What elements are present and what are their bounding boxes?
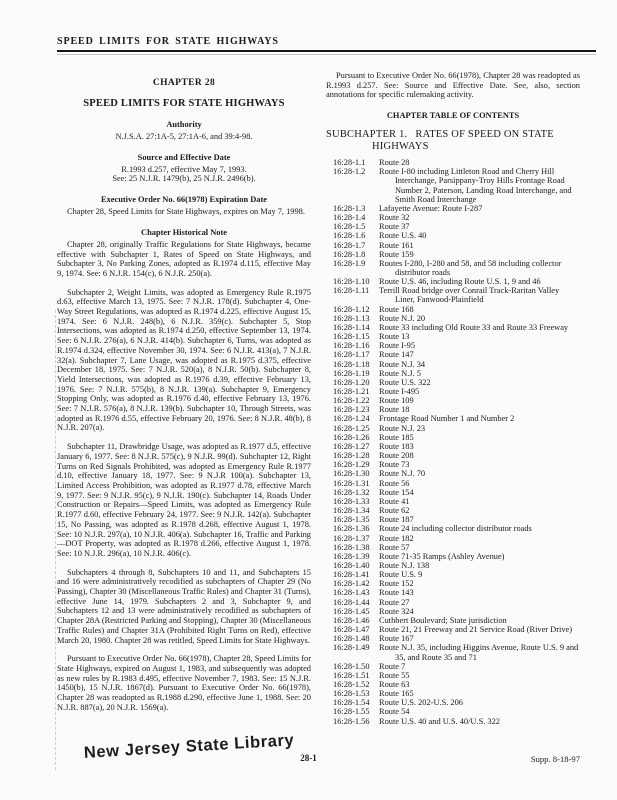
toc-entry-number: 16:28-1.39: [326, 552, 379, 561]
authority-text: N.J.S.A. 27:1A-5, 27:1A-6, and 39:4-98.: [57, 132, 311, 142]
toc-entry: 16:28-1.56 Route U.S. 40 and U.S. 40/U.S…: [326, 717, 580, 726]
toc-entry-number: 16:28-1.1: [326, 158, 379, 167]
toc-entry: 16:28-1.53 Route 165: [326, 689, 580, 698]
toc-entry-title: Route 37: [379, 222, 580, 231]
toc-entry-title: Route 152: [379, 579, 580, 588]
toc-entry-title: Route 185: [379, 433, 580, 442]
toc-entry: 16:28-1.23 Route 18: [326, 405, 580, 414]
toc-entry-title: Lafayette Avenue: Route I-287: [379, 204, 580, 213]
toc-entry-number: 16:28-1.36: [326, 524, 379, 533]
toc-entry: 16:28-1.44 Route 27: [326, 598, 580, 607]
toc-entry: 16:28-1.33 Route 41: [326, 497, 580, 506]
toc-heading: CHAPTER TABLE OF CONTENTS: [326, 111, 580, 120]
toc-entry-number: 16:28-1.19: [326, 369, 379, 378]
toc-entry-title: Route U.S. 322: [379, 378, 580, 387]
toc-entry-number: 16:28-1.10: [326, 277, 379, 286]
toc-entry: 16:28-1.1 Route 28: [326, 158, 580, 167]
toc-entry: 16:28-1.46 Cuthbert Boulevard; State jur…: [326, 616, 580, 625]
toc-entry-title: Route U.S. 46, including Route U.S. 1, 9…: [379, 277, 580, 286]
toc-entry: 16:28-1.15 Route 13: [326, 332, 580, 341]
toc-entry-number: 16:28-1.54: [326, 698, 379, 707]
toc-entry: 16:28-1.52 Route 63: [326, 680, 580, 689]
toc-entry-number: 16:28-1.51: [326, 671, 379, 680]
toc-entry: 16:28-1.42 Route 152: [326, 579, 580, 588]
toc-entry-title: Route 21, 21 Freeway and 21 Service Road…: [379, 625, 580, 634]
toc-entry: 16:28-1.4 Route 32: [326, 213, 580, 222]
toc-entry-number: 16:28-1.42: [326, 579, 379, 588]
source-line-2: See: 25 N.J.R. 1479(b), 25 N.J.R. 2496(b…: [57, 174, 311, 184]
toc-entry: 16:28-1.38 Route 57: [326, 543, 580, 552]
toc-entry-number: 16:28-1.25: [326, 424, 379, 433]
toc-entry-number: 16:28-1.49: [326, 643, 379, 661]
toc-entry-number: 16:28-1.14: [326, 323, 379, 332]
toc-entry-number: 16:28-1.30: [326, 469, 379, 478]
toc-entry-number: 16:28-1.28: [326, 451, 379, 460]
toc-entry-title: Route 18: [379, 405, 580, 414]
toc-entry-title: Route 143: [379, 588, 580, 597]
toc-entry-title: Route 159: [379, 250, 580, 259]
toc-entry: 16:28-1.21 Route I-495: [326, 387, 580, 396]
toc-entry-number: 16:28-1.2: [326, 167, 379, 204]
toc-entry-number: 16:28-1.56: [326, 717, 379, 726]
toc-entry-title: Cuthbert Boulevard; State jurisdiction: [379, 616, 580, 625]
toc-entry-title: Frontage Road Number 1 and Number 2: [379, 414, 580, 423]
toc-entry: 16:28-1.19 Route N.J. 5: [326, 369, 580, 378]
toc-entry: 16:28-1.10 Route U.S. 46, including Rout…: [326, 277, 580, 286]
toc-entry-number: 16:28-1.15: [326, 332, 379, 341]
left-column: CHAPTER 28 SPEED LIMITS FOR STATE HIGHWA…: [57, 62, 311, 726]
toc-entry-title: Route 187: [379, 515, 580, 524]
toc-entry-title: Route U.S. 9: [379, 570, 580, 579]
toc-entry-title: Route N.J. 23: [379, 424, 580, 433]
toc-entry: 16:28-1.26 Route 185: [326, 433, 580, 442]
toc-entry-title: Route U.S. 40: [379, 231, 580, 240]
chapter-title: SPEED LIMITS FOR STATE HIGHWAYS: [57, 98, 311, 109]
toc-entry-number: 16:28-1.11: [326, 286, 379, 304]
scan-artifact-line: [55, 310, 56, 770]
toc-entry-number: 16:28-1.27: [326, 442, 379, 451]
toc-entry: 16:28-1.32 Route 154: [326, 488, 580, 497]
historical-note-heading: Chapter Historical Note: [57, 228, 311, 237]
toc-entry: 16:28-1.39 Route 71-35 Ramps (Ashley Ave…: [326, 552, 580, 561]
toc-entry-number: 16:28-1.16: [326, 341, 379, 350]
toc-entry-number: 16:28-1.50: [326, 662, 379, 671]
toc-entry-title: Route I-495: [379, 387, 580, 396]
toc-entry-number: 16:28-1.12: [326, 305, 379, 314]
toc-entry-title: Route 56: [379, 479, 580, 488]
source-line-1: R.1993 d.257, effective May 7, 1993.: [57, 165, 311, 175]
page-body: CHAPTER 28 SPEED LIMITS FOR STATE HIGHWA…: [57, 62, 580, 726]
toc-entry-title: Route 109: [379, 396, 580, 405]
toc-entry-number: 16:28-1.29: [326, 460, 379, 469]
toc-entry-title: Route N.J. 5: [379, 369, 580, 378]
toc-entry-number: 16:28-1.18: [326, 360, 379, 369]
toc-entry-title: Route N.J. 35, including Higgins Avenue,…: [379, 643, 580, 661]
toc-entry-number: 16:28-1.26: [326, 433, 379, 442]
toc-entry-number: 16:28-1.31: [326, 479, 379, 488]
toc-entry: 16:28-1.35 Route 187: [326, 515, 580, 524]
toc-entry-number: 16:28-1.35: [326, 515, 379, 524]
toc-entry-number: 16:28-1.20: [326, 378, 379, 387]
toc-entry: 16:28-1.37 Route 182: [326, 534, 580, 543]
toc-entry-title: Terrill Road bridge over Conrail Track-R…: [379, 286, 580, 304]
toc-entry: 16:28-1.34 Route 62: [326, 506, 580, 515]
historical-note-paragraphs: Chapter 28, originally Traffic Regulatio…: [57, 240, 311, 713]
toc-entry-title: Route 165: [379, 689, 580, 698]
subchapter-heading: SUBCHAPTER 1.RATES OF SPEED ON STATE HIG…: [326, 129, 580, 152]
toc-entry: 16:28-1.3 Lafayette Avenue: Route I-287: [326, 204, 580, 213]
toc-entry-title: Route U.S. 40 and U.S. 40/U.S. 322: [379, 717, 580, 726]
toc-entry: 16:28-1.30 Route N.J. 70: [326, 469, 580, 478]
toc-entry: 16:28-1.49 Route N.J. 35, including Higg…: [326, 643, 580, 661]
historical-note-paragraph: Subchapter 11, Drawbridge Usage, was ado…: [57, 442, 311, 558]
toc-entry-title: Route 54: [379, 707, 580, 716]
toc-entry: 16:28-1.12 Route 168: [326, 305, 580, 314]
readoption-note: Pursuant to Executive Order No. 66(1978)…: [326, 71, 580, 100]
toc-entry-number: 16:28-1.52: [326, 680, 379, 689]
supplement-date: Supp. 8-18-97: [531, 754, 580, 764]
toc-entry-number: 16:28-1.45: [326, 607, 379, 616]
toc-entry-number: 16:28-1.43: [326, 588, 379, 597]
toc-entry-number: 16:28-1.32: [326, 488, 379, 497]
toc-entry: 16:28-1.2 Route I-80 including Littleton…: [326, 167, 580, 204]
toc-entry: 16:28-1.51 Route 55: [326, 671, 580, 680]
toc-entry-title: Routes I-280, I-280 and 58, and 58 inclu…: [379, 259, 580, 277]
toc-entry-title: Route I-80 including Littleton Road and …: [379, 167, 580, 204]
toc-entry-number: 16:28-1.55: [326, 707, 379, 716]
toc-entry-title: Route 324: [379, 607, 580, 616]
toc-list: 16:28-1.1 Route 28 16:28-1.2 Route I-80 …: [326, 158, 580, 726]
historical-note-paragraph: Subchapters 4 through 8, Subchapters 10 …: [57, 568, 311, 646]
toc-entry: 16:28-1.17 Route 147: [326, 350, 580, 359]
toc-entry-number: 16:28-1.41: [326, 570, 379, 579]
toc-entry: 16:28-1.48 Route 167: [326, 634, 580, 643]
toc-entry-title: Route 168: [379, 305, 580, 314]
toc-entry-number: 16:28-1.38: [326, 543, 379, 552]
toc-entry: 16:28-1.47 Route 21, 21 Freeway and 21 S…: [326, 625, 580, 634]
toc-entry-title: Route 41: [379, 497, 580, 506]
toc-entry-number: 16:28-1.6: [326, 231, 379, 240]
toc-entry: 16:28-1.13 Route N.J. 20: [326, 314, 580, 323]
toc-entry-title: Route 183: [379, 442, 580, 451]
subchapter-label: SUBCHAPTER 1.: [326, 129, 407, 140]
toc-entry-title: Route 32: [379, 213, 580, 222]
toc-entry-title: Route 182: [379, 534, 580, 543]
toc-entry-number: 16:28-1.8: [326, 250, 379, 259]
toc-entry: 16:28-1.43 Route 143: [326, 588, 580, 597]
toc-entry-number: 16:28-1.17: [326, 350, 379, 359]
toc-entry-number: 16:28-1.47: [326, 625, 379, 634]
toc-entry: 16:28-1.31 Route 56: [326, 479, 580, 488]
historical-note-paragraph: Subchapter 2, Weight Limits, was adopted…: [57, 288, 311, 434]
toc-entry: 16:28-1.45 Route 324: [326, 607, 580, 616]
toc-entry-title: Route N.J. 34: [379, 360, 580, 369]
toc-entry-number: 16:28-1.37: [326, 534, 379, 543]
toc-entry-title: Route N.J. 138: [379, 561, 580, 570]
toc-entry: 16:28-1.25 Route N.J. 23: [326, 424, 580, 433]
toc-entry-title: Route 24 including collector distributor…: [379, 524, 580, 533]
toc-entry-number: 16:28-1.48: [326, 634, 379, 643]
toc-entry: 16:28-1.54 Route U.S. 202-U.S. 206: [326, 698, 580, 707]
toc-entry-title: Route 167: [379, 634, 580, 643]
toc-entry-title: Route 55: [379, 671, 580, 680]
toc-entry-title: Route 208: [379, 451, 580, 460]
page-number: 28-1: [0, 753, 617, 763]
toc-entry: 16:28-1.24 Frontage Road Number 1 and Nu…: [326, 414, 580, 423]
toc-entry: 16:28-1.14 Route 33 including Old Route …: [326, 323, 580, 332]
toc-entry: 16:28-1.41 Route U.S. 9: [326, 570, 580, 579]
toc-entry: 16:28-1.5 Route 37: [326, 222, 580, 231]
toc-entry: 16:28-1.55 Route 54: [326, 707, 580, 716]
toc-entry-number: 16:28-1.21: [326, 387, 379, 396]
toc-entry-number: 16:28-1.34: [326, 506, 379, 515]
toc-entry-title: Route U.S. 202-U.S. 206: [379, 698, 580, 707]
toc-entry-number: 16:28-1.22: [326, 396, 379, 405]
toc-entry: 16:28-1.6 Route U.S. 40: [326, 231, 580, 240]
expiration-heading: Executive Order No. 66(1978) Expiration …: [57, 195, 311, 204]
toc-entry-number: 16:28-1.40: [326, 561, 379, 570]
toc-entry: 16:28-1.20 Route U.S. 322: [326, 378, 580, 387]
expiration-text: Chapter 28, Speed Limits for State Highw…: [57, 207, 311, 217]
toc-entry: 16:28-1.18 Route N.J. 34: [326, 360, 580, 369]
running-header-title: SPEED LIMITS FOR STATE HIGHWAYS: [57, 36, 279, 47]
toc-entry-title: Route 7: [379, 662, 580, 671]
historical-note-paragraph: Chapter 28, originally Traffic Regulatio…: [57, 240, 311, 279]
toc-entry-title: Route 63: [379, 680, 580, 689]
toc-entry-title: Route 33 including Old Route 33 and Rout…: [379, 323, 580, 332]
toc-entry-number: 16:28-1.23: [326, 405, 379, 414]
toc-entry-title: Route 57: [379, 543, 580, 552]
authority-heading: Authority: [57, 120, 311, 129]
toc-entry: 16:28-1.50 Route 7: [326, 662, 580, 671]
toc-entry: 16:28-1.28 Route 208: [326, 451, 580, 460]
toc-entry-title: Route 27: [379, 598, 580, 607]
toc-entry: 16:28-1.9 Routes I-280, I-280 and 58, an…: [326, 259, 580, 277]
historical-note-paragraph: Pursuant to Executive Order No. 66(1978)…: [57, 654, 311, 712]
right-column: Pursuant to Executive Order No. 66(1978)…: [326, 62, 580, 726]
toc-entry-number: 16:28-1.13: [326, 314, 379, 323]
toc-entry-number: 16:28-1.5: [326, 222, 379, 231]
toc-entry: 16:28-1.16 Route I-95: [326, 341, 580, 350]
toc-entry-title: Route 161: [379, 241, 580, 250]
toc-entry-number: 16:28-1.24: [326, 414, 379, 423]
chapter-label: CHAPTER 28: [57, 78, 311, 88]
toc-entry-title: Route 147: [379, 350, 580, 359]
toc-entry: 16:28-1.36 Route 24 including collector …: [326, 524, 580, 533]
toc-entry-number: 16:28-1.7: [326, 241, 379, 250]
toc-entry: 16:28-1.7 Route 161: [326, 241, 580, 250]
toc-entry-title: Route 71-35 Ramps (Ashley Avenue): [379, 552, 580, 561]
toc-entry-title: Route 13: [379, 332, 580, 341]
toc-entry-title: Route N.J. 20: [379, 314, 580, 323]
header-rule: [57, 50, 596, 55]
toc-entry-title: Route N.J. 70: [379, 469, 580, 478]
toc-entry-title: Route 154: [379, 488, 580, 497]
toc-entry: 16:28-1.11 Terrill Road bridge over Conr…: [326, 286, 580, 304]
toc-entry-title: Route 73: [379, 460, 580, 469]
toc-entry-title: Route 28: [379, 158, 580, 167]
toc-entry-number: 16:28-1.33: [326, 497, 379, 506]
toc-entry: 16:28-1.22 Route 109: [326, 396, 580, 405]
toc-entry: 16:28-1.8 Route 159: [326, 250, 580, 259]
toc-entry-number: 16:28-1.4: [326, 213, 379, 222]
toc-entry: 16:28-1.27 Route 183: [326, 442, 580, 451]
toc-entry: 16:28-1.40 Route N.J. 138: [326, 561, 580, 570]
toc-entry-number: 16:28-1.3: [326, 204, 379, 213]
toc-entry-number: 16:28-1.44: [326, 598, 379, 607]
toc-entry-title: Route I-95: [379, 341, 580, 350]
toc-entry-number: 16:28-1.53: [326, 689, 379, 698]
toc-entry: 16:28-1.29 Route 73: [326, 460, 580, 469]
toc-entry-title: Route 62: [379, 506, 580, 515]
toc-entry-number: 16:28-1.9: [326, 259, 379, 277]
source-heading: Source and Effective Date: [57, 153, 311, 162]
toc-entry-number: 16:28-1.46: [326, 616, 379, 625]
